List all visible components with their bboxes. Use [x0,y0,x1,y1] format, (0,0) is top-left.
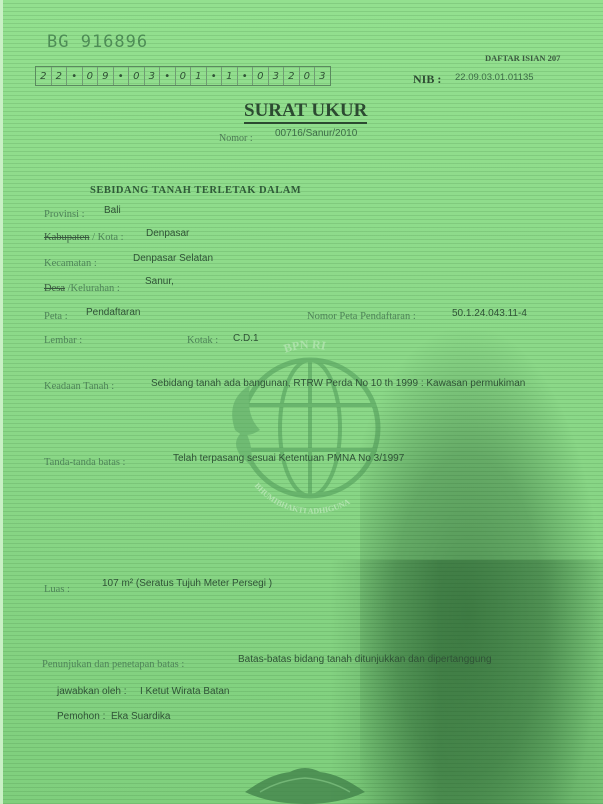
kabupaten-kota-label: Kabupaten / Kota : [44,232,124,243]
parcel-code-cell: 0 [176,67,192,85]
serial-number: BG 916896 [47,32,148,52]
parcel-code-cell: 1 [191,67,207,85]
peta-value: Pendaftaran [86,307,141,318]
tanda-batas-value: Telah terpasang sesuai Ketentuan PMNA No… [173,453,404,464]
form-code: DAFTAR ISIAN 207 [485,53,560,63]
nib-value: 22.09.03.01.01135 [455,72,534,83]
document-title: SURAT UKUR [244,100,367,124]
lembar-label: Lembar : [44,335,82,346]
parcel-code-cell: 1 [222,67,238,85]
nomor-peta-value: 50.1.24.043.11-4 [452,308,527,319]
parcel-code-cell: 0 [300,67,316,85]
desa-kelurahan-value: Sanur, [145,276,174,287]
paper-edge [0,0,3,804]
nib-label: NIB : [413,72,441,87]
svg-text:BHUMIBHAKTI ADHIGUNA: BHUMIBHAKTI ADHIGUNA [253,481,352,515]
parcel-code-cell: • [67,67,83,85]
penunjukan-label: Penunjukan dan penetapan batas : [42,659,184,670]
nomor-label: Nomor : [219,133,253,144]
parcel-code-cell: 2 [284,67,300,85]
luas-label: Luas : [44,584,70,595]
parcel-code-cell: 0 [253,67,269,85]
parcel-code-boxes: 22•09•03•01•1•03203 [35,66,331,86]
nomor-peta-label: Nomor Peta Pendaftaran : [307,311,416,322]
bottom-emblem [240,764,370,804]
svg-text:BPN RI: BPN RI [282,337,327,355]
provinsi-value: Bali [104,205,121,216]
parcel-code-cell: • [207,67,223,85]
parcel-code-cell: • [238,67,254,85]
penunjukan-value-line2: I Ketut Wirata Batan [140,686,230,697]
kecamatan-label: Kecamatan : [44,258,97,269]
pemohon-value: Eka Suardika [111,711,170,722]
ornament-icon [240,764,370,804]
parcel-code-cell: • [160,67,176,85]
parcel-code-cell: 0 [129,67,145,85]
parcel-code-cell: • [114,67,130,85]
tanda-batas-label: Tanda-tanda batas : [44,457,125,468]
parcel-code-cell: 3 [269,67,285,85]
keadaan-tanah-label: Keadaan Tanah : [44,381,114,392]
parcel-code-cell: 2 [36,67,52,85]
location-heading: SEBIDANG TANAH TERLETAK DALAM [90,185,301,196]
photo-shadow-lower [330,560,603,804]
penunjukan-line2-label: jawabkan oleh : [57,686,127,697]
kotak-label: Kotak : [187,335,218,346]
parcel-code-cell: 3 [315,67,330,85]
parcel-code-cell: 3 [145,67,161,85]
keadaan-tanah-value: Sebidang tanah ada bangunan, RTRW Perda … [151,378,525,389]
parcel-code-cell: 2 [52,67,68,85]
pemohon-label: Pemohon : [57,711,105,722]
kabupaten-kota-value: Denpasar [146,228,189,239]
kotak-value: C.D.1 [233,333,259,344]
nomor-value: 00716/Sanur/2010 [275,128,357,139]
parcel-code-cell: 9 [98,67,114,85]
penunjukan-value-line1: Batas-batas bidang tanah ditunjukkan dan… [238,654,492,665]
parcel-code-cell: 0 [83,67,99,85]
provinsi-label: Provinsi : [44,209,85,220]
desa-kelurahan-label: Desa /Kelurahan : [44,283,120,294]
peta-label: Peta : [44,311,68,322]
kecamatan-value: Denpasar Selatan [133,253,213,264]
luas-value: 107 m² (Seratus Tujuh Meter Persegi ) [102,578,272,589]
